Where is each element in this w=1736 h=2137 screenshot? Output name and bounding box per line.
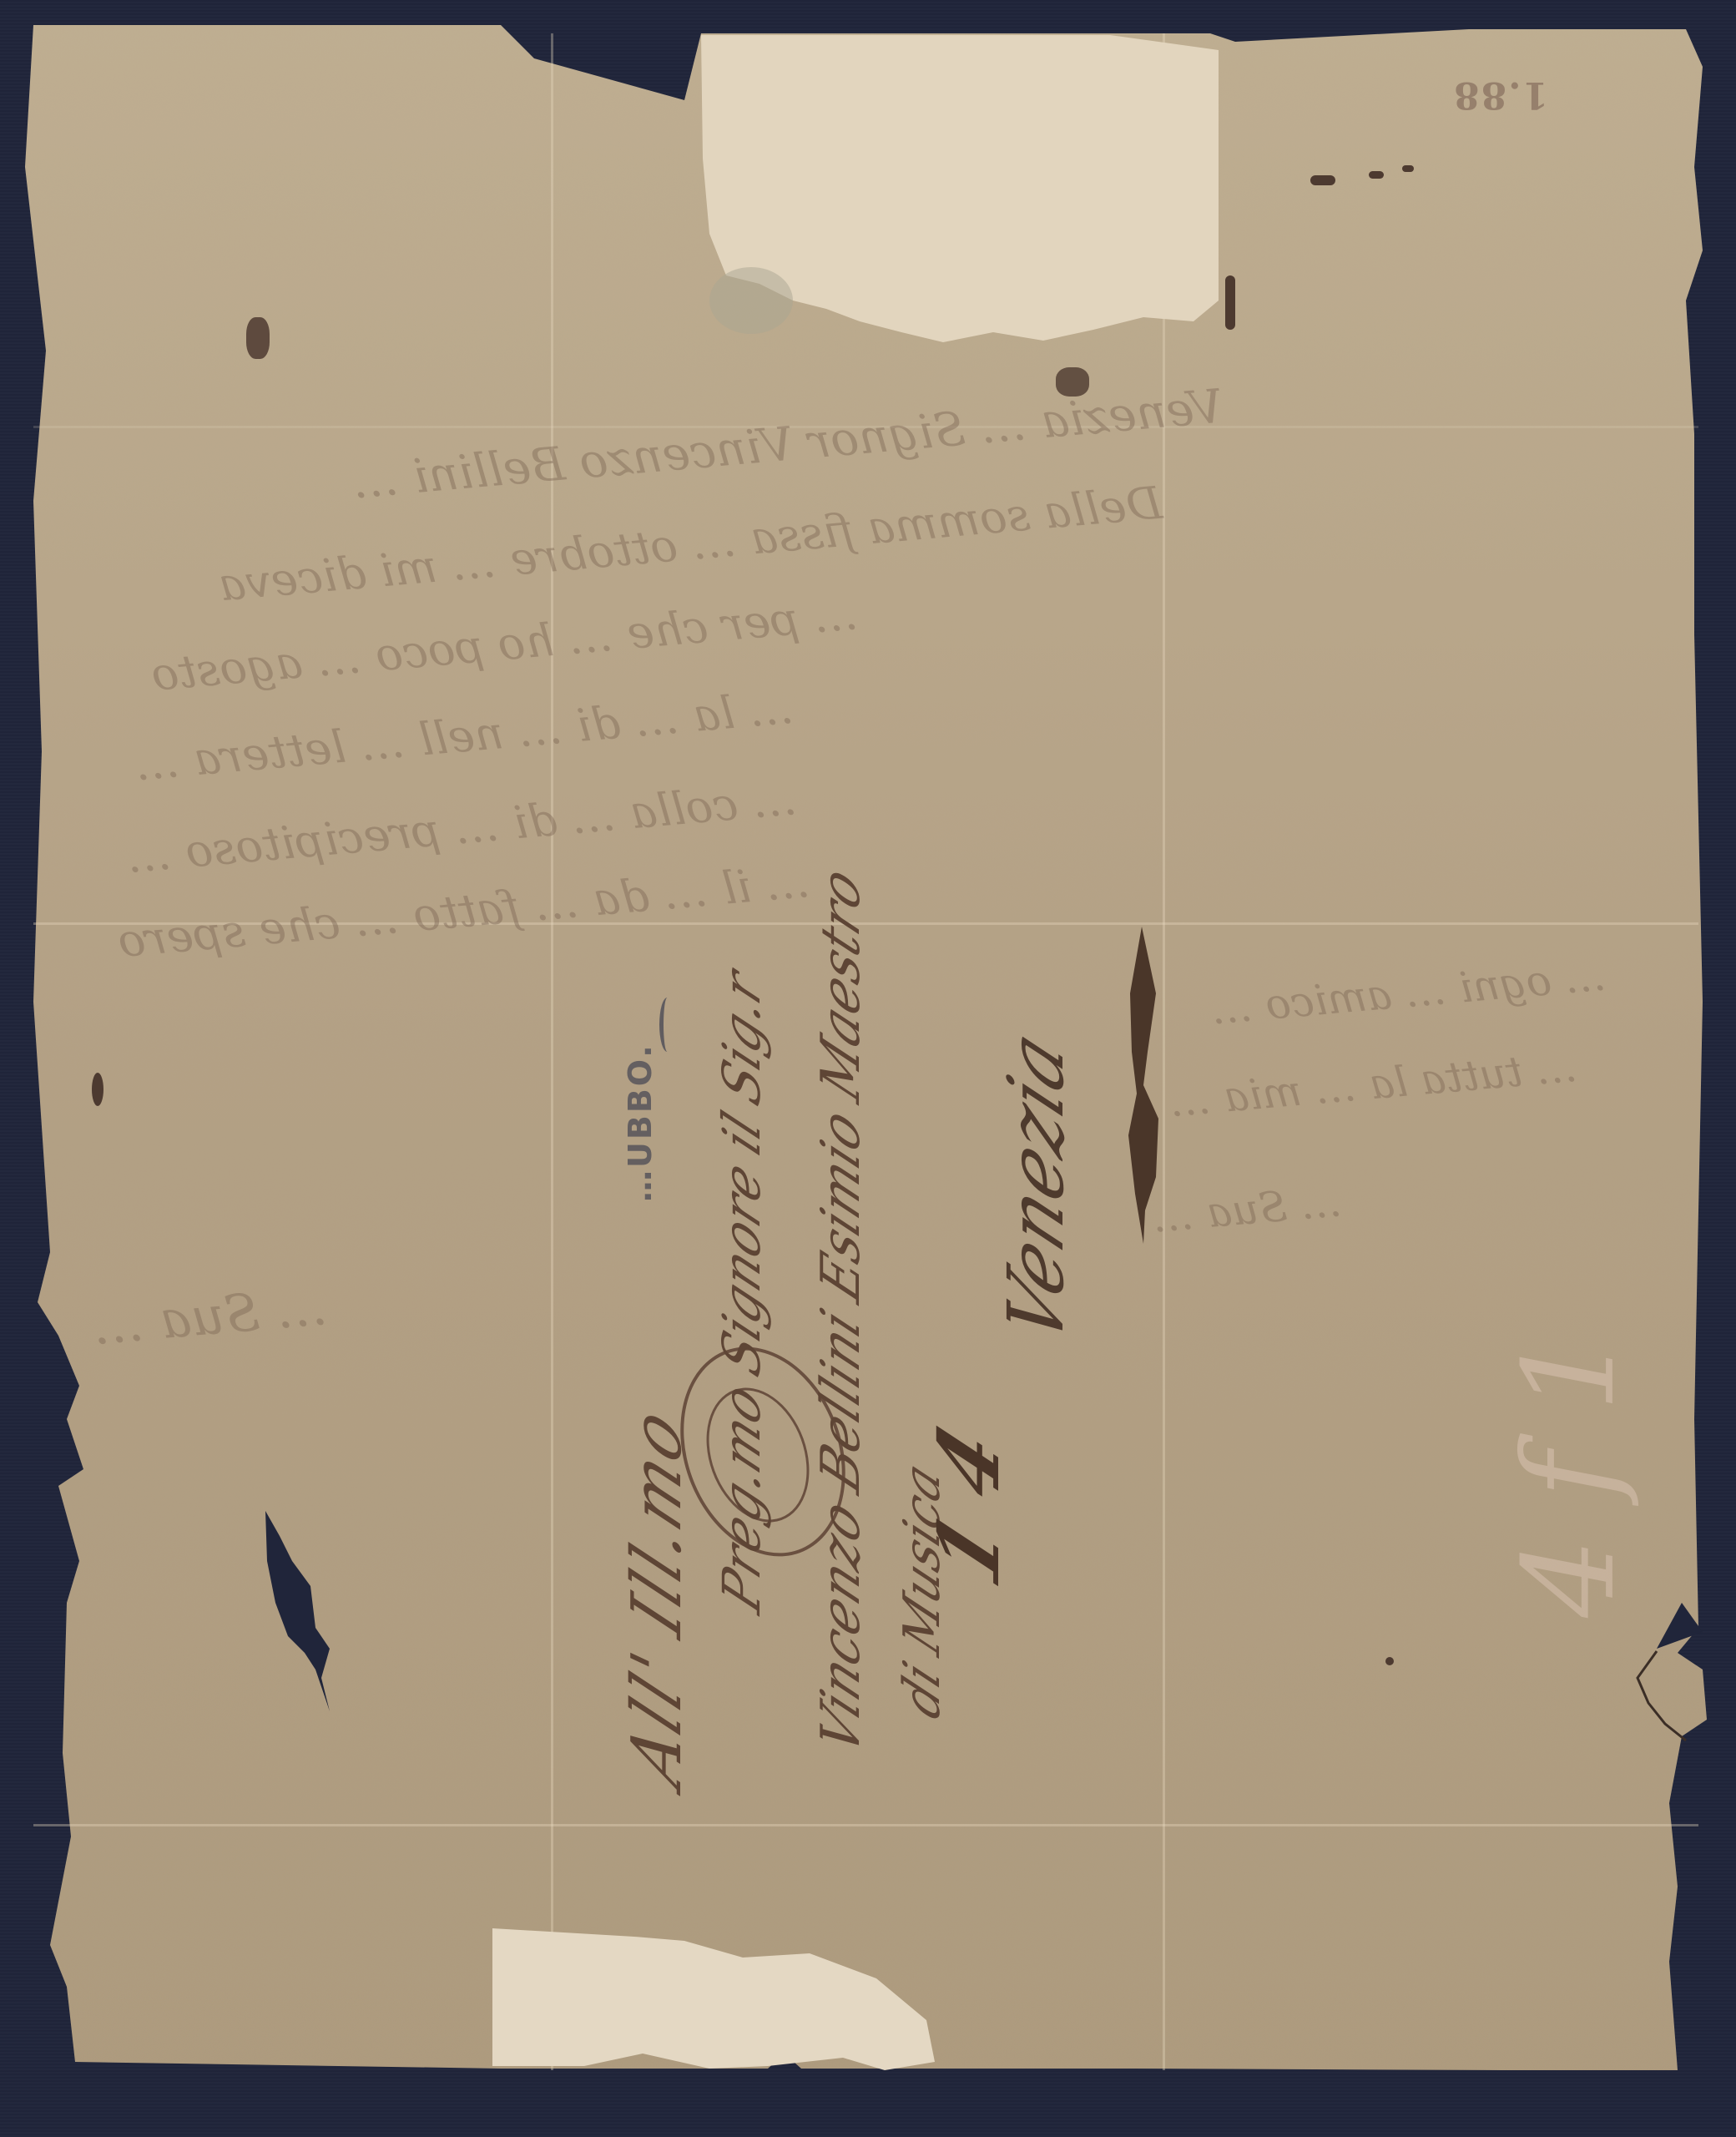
ink-speck [1385, 1657, 1394, 1665]
ink-speck [1369, 171, 1384, 179]
letter-sheet: 1.88 Venezia … Signor Vincenzo Bellini …… [0, 0, 1736, 2137]
address-block: All' Ill.mo Preg.mo Signore il Sig.r Vin… [584, 902, 1185, 1703]
ink-speck [1402, 165, 1414, 172]
ink-speck [1225, 275, 1235, 330]
paper-repair-patch-bottom [492, 1928, 943, 2070]
address-salutation: All' Ill.mo [618, 1392, 697, 1799]
ink-speck [92, 1073, 103, 1106]
address-city: Venezia [992, 1017, 1081, 1358]
paper-repair-patch-top [693, 25, 1227, 342]
address-recipient-name: Vincenzo Bellini Esimio Maestro [810, 858, 872, 1765]
archive-number: 1.88 [1452, 73, 1548, 116]
pencil-note: 4 f 1 [1497, 1332, 1643, 1618]
address-title: Preg.mo Signore il Sig.r [711, 960, 772, 1622]
fold-line-vertical-left [551, 33, 553, 2070]
ink-blot [246, 317, 270, 359]
ink-speck [1310, 175, 1335, 185]
fold-line-horizontal-bottom [33, 1824, 1698, 1826]
